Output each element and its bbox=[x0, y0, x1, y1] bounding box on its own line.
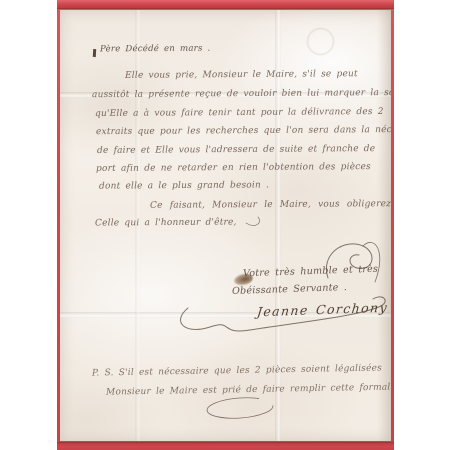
signature-flourish-upper bbox=[326, 244, 372, 278]
letter-photo: Père Décédé en mars . Elle vous prie, Mo… bbox=[0, 0, 450, 450]
letter-paper: Père Décédé en mars . Elle vous prie, Mo… bbox=[60, 10, 391, 441]
etre-end-flourish bbox=[246, 217, 260, 225]
signature-underline-flourish bbox=[181, 297, 386, 331]
postscript-oval-flourish bbox=[206, 396, 273, 421]
red-border-bottom bbox=[57, 442, 394, 450]
red-frame: Père Décédé en mars . Elle vous prie, Mo… bbox=[57, 0, 394, 450]
red-border-top bbox=[57, 0, 394, 9]
